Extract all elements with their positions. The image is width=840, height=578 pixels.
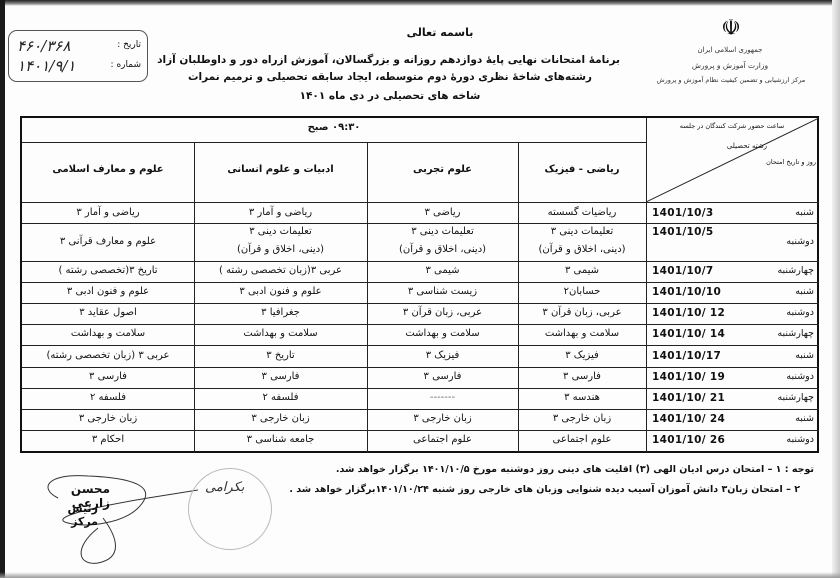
table-cell-sub: (دینی، اخلاق و قرآن) [367, 244, 518, 255]
grid-line [22, 202, 819, 203]
table-cell: فلسفه ۲ [22, 392, 194, 403]
table-cell: علوم و فنون ادبی ۳ [194, 286, 367, 297]
row-day: دوشنبه [742, 434, 814, 445]
row-day: شنبه [742, 286, 814, 297]
column-header-math-physics: ریاضی - فیزیک [518, 164, 646, 175]
row-date: 1401/10/ 24 [652, 413, 742, 425]
reference-box: تاریخ : ۴۶۰/۳۶۸ شماره : ۱۴۰۱/۹/۱ [8, 30, 148, 82]
reference-date-value: ۴۶۰/۳۶۸ [17, 37, 70, 55]
grid-line [518, 142, 519, 453]
row-day: چهارشنبه [742, 328, 814, 339]
note-2: ۲ – امتحان زبان۳ دانش آموزان آسیب دیده ش… [289, 484, 800, 495]
grid-line [194, 142, 195, 453]
table-cell: سلامت و بهداشت [367, 328, 518, 339]
table-cell: ریاضیات گسسته [518, 207, 646, 218]
table-cell: تاریخ ۳ [194, 350, 367, 361]
table-cell: سلامت و بهداشت [194, 328, 367, 339]
table-cell: تعلیمات دینی ۳ [367, 226, 518, 237]
table-cell: زبان خارجی ۳ [367, 413, 518, 424]
table-cell: تاریخ ۳(تخصصی رشته ) [22, 265, 194, 276]
grid-line [22, 324, 819, 325]
row-date: 1401/10/10 [652, 286, 742, 298]
table-cell: عربی، زبان قرآن ۳ [518, 307, 646, 318]
table-cell: عربی، زبان قرآن ۳ [367, 307, 518, 318]
table-cell: فیزیک ۳ [518, 350, 646, 361]
table-cell: زبان خارجی ۳ [518, 413, 646, 424]
time-header: ۰۹:۳۰ صبح [22, 122, 646, 133]
row-date: 1401/10/17 [652, 350, 742, 362]
table-cell: علوم و معارف قرآنی ۳ [22, 236, 194, 247]
reference-date-row: تاریخ : ۴۶۰/۳۶۸ [9, 37, 147, 57]
table-cell: هندسه ۳ [518, 392, 646, 403]
org-line-center: مرکز ارزشیابی و تضمین کیفیت نظام آموزش و… [646, 76, 816, 84]
row-date: 1401/10/7 [652, 265, 742, 277]
table-cell: فیزیک ۳ [367, 350, 518, 361]
row-day: چهارشنبه [742, 265, 814, 276]
table-cell: ------- [367, 392, 518, 403]
corner-label-attendance-time: ساعت حضور شرکت کنندگان در جلسه [662, 122, 802, 130]
table-cell: احکام ۳ [22, 434, 194, 445]
grid-line [22, 223, 819, 224]
reference-date-label: تاریخ : [117, 40, 141, 50]
stamp-signature: بکرامی [205, 480, 244, 495]
table-cell: تعلیمات دینی ۳ [194, 226, 367, 237]
signatory-title: رئیس مرکز [40, 502, 98, 528]
reference-number-value: ۱۴۰۱/۹/۱ [17, 57, 75, 75]
row-date: 1401/10/ 19 [652, 371, 742, 383]
corner-label-field: رشته تحصیلی [712, 142, 782, 150]
table-cell: علوم اجتماعی [367, 434, 518, 445]
table-cell-sub: (دینی، اخلاق و قرآن) [194, 244, 367, 255]
table-cell: زبان خارجی ۳ [22, 413, 194, 424]
row-date: 1401/10/5 [652, 226, 742, 238]
table-cell: شیمی ۳ [518, 265, 646, 276]
org-line-ministry: وزارت آموزش و پرورش [660, 61, 800, 70]
scan-edge-right [832, 0, 840, 578]
row-date: 1401/10/ 26 [652, 434, 742, 446]
table-cell: اصول عقاید ۳ [22, 307, 194, 318]
row-day: دوشنبه [742, 371, 814, 382]
reference-number-label: شماره : [111, 60, 141, 70]
row-day: دوشنبه [742, 307, 814, 318]
grid-line [22, 367, 819, 368]
grid-line [22, 282, 819, 283]
row-day: دوشنبه [742, 236, 814, 247]
grid-line [22, 409, 819, 410]
grid-line [22, 345, 819, 346]
row-day: چهارشنبه [742, 392, 814, 403]
table-cell: ریاضی ۳ [367, 207, 518, 218]
grid-line [22, 303, 819, 304]
grid-line [646, 118, 647, 453]
table-cell: تعلیمات دینی ۳ [518, 226, 646, 237]
table-cell: فلسفه ۲ [194, 392, 367, 403]
column-header-islamic-sciences: علوم و معارف اسلامی [22, 164, 194, 175]
table-cell: فارسی ۳ [518, 371, 646, 382]
table-cell: زبان خارجی ۳ [194, 413, 367, 424]
table-cell: علوم اجتماعی [518, 434, 646, 445]
table-cell: جامعه شناسی ۳ [194, 434, 367, 445]
grid-line [22, 430, 819, 431]
iran-emblem-icon: ☫ [718, 16, 744, 42]
table-cell: فارسی ۳ [22, 371, 194, 382]
row-day: شنبه [742, 350, 814, 361]
page-title-line-1: برنامهٔ امتحانات نهایی پایهٔ دوازدهم روز… [160, 54, 620, 66]
row-date: 1401/10/ 14 [652, 328, 742, 340]
grid-line [367, 142, 368, 453]
grid-line [22, 142, 646, 143]
note-1: توجه : ۱ – امتحان درس ادیان الهی (۳) اقل… [336, 464, 814, 475]
row-date: 1401/10/3 [652, 207, 742, 219]
scan-edge-top [0, 0, 840, 6]
org-line-republic: جمهوری اسلامی ایران [660, 46, 800, 54]
column-header-experimental-sciences: علوم تجربی [367, 164, 518, 175]
row-date: 1401/10/ 12 [652, 307, 742, 319]
grid-line [22, 261, 819, 262]
table-cell: ریاضی و آمار ۳ [194, 207, 367, 218]
table-cell: زیست شناسی ۳ [367, 286, 518, 297]
row-day: شنبه [742, 413, 814, 424]
table-cell: علوم و فنون ادبی ۳ [22, 286, 194, 297]
table-cell: جغرافیا ۳ [194, 307, 367, 318]
table-cell: حسابان۲ [518, 286, 646, 297]
table-cell-sub: (دینی، اخلاق و قرآن) [518, 244, 646, 255]
corner-label-day-date: روز و تاریخ امتحان [722, 158, 816, 166]
scan-edge-bottom [0, 572, 840, 578]
row-day: شنبه [742, 207, 814, 218]
reference-number-row: شماره : ۱۴۰۱/۹/۱ [9, 57, 147, 77]
page-title-line-2: رشته‌های شاخهٔ نظری دورهٔ دوم متوسطه، ای… [170, 71, 610, 83]
page-title-line-3: شاخه های تحصیلی در دی ماه ۱۴۰۱ [220, 90, 560, 102]
basmala: باسمه تعالی [380, 26, 500, 39]
table-cell: فارسی ۳ [367, 371, 518, 382]
exam-schedule-table: ساعت حضور شرکت کنندگان در جلسه رشته تحصی… [20, 116, 819, 453]
table-cell: ریاضی و آمار ۳ [22, 207, 194, 218]
table-cell: سلامت و بهداشت [22, 328, 194, 339]
column-header-humanities: ادبیات و علوم انسانی [194, 164, 367, 175]
scan-edge-left [0, 0, 5, 578]
table-cell: عربی ۳ (زبان تخصصی رشته) [22, 350, 194, 361]
table-cell: عربی ۳(زبان تخصصی رشته ) [194, 265, 367, 276]
grid-line [22, 388, 819, 389]
table-cell: فارسی ۳ [194, 371, 367, 382]
table-cell: شیمی ۳ [367, 265, 518, 276]
row-date: 1401/10/ 21 [652, 392, 742, 404]
table-cell: سلامت و بهداشت [518, 328, 646, 339]
